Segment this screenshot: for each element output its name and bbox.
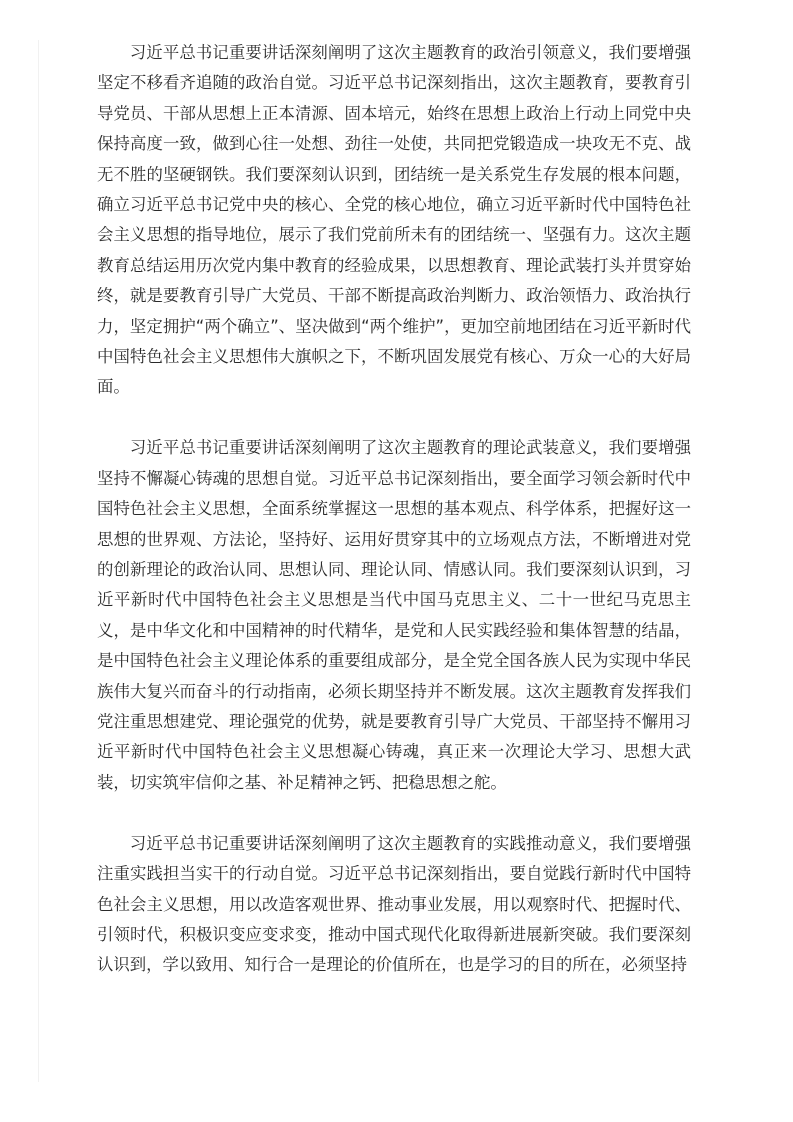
paragraph-practice-promotion: 习近平总书记重要讲话深刻阐明了这次主题教育的实践推动意义，我们要增强注重实践担当… <box>97 829 691 981</box>
paragraph-theoretical-armament: 习近平总书记重要讲话深刻阐明了这次主题教育的理论武装意义，我们要增强坚持不懈凝心… <box>97 433 691 798</box>
paragraph-political-guidance: 习近平总书记重要讲话深刻阐明了这次主题教育的政治引领意义，我们要增强坚定不移看齐… <box>97 38 691 403</box>
article-body: 习近平总书记重要讲话深刻阐明了这次主题教育的政治引领意义，我们要增强坚定不移看齐… <box>97 38 691 1011</box>
